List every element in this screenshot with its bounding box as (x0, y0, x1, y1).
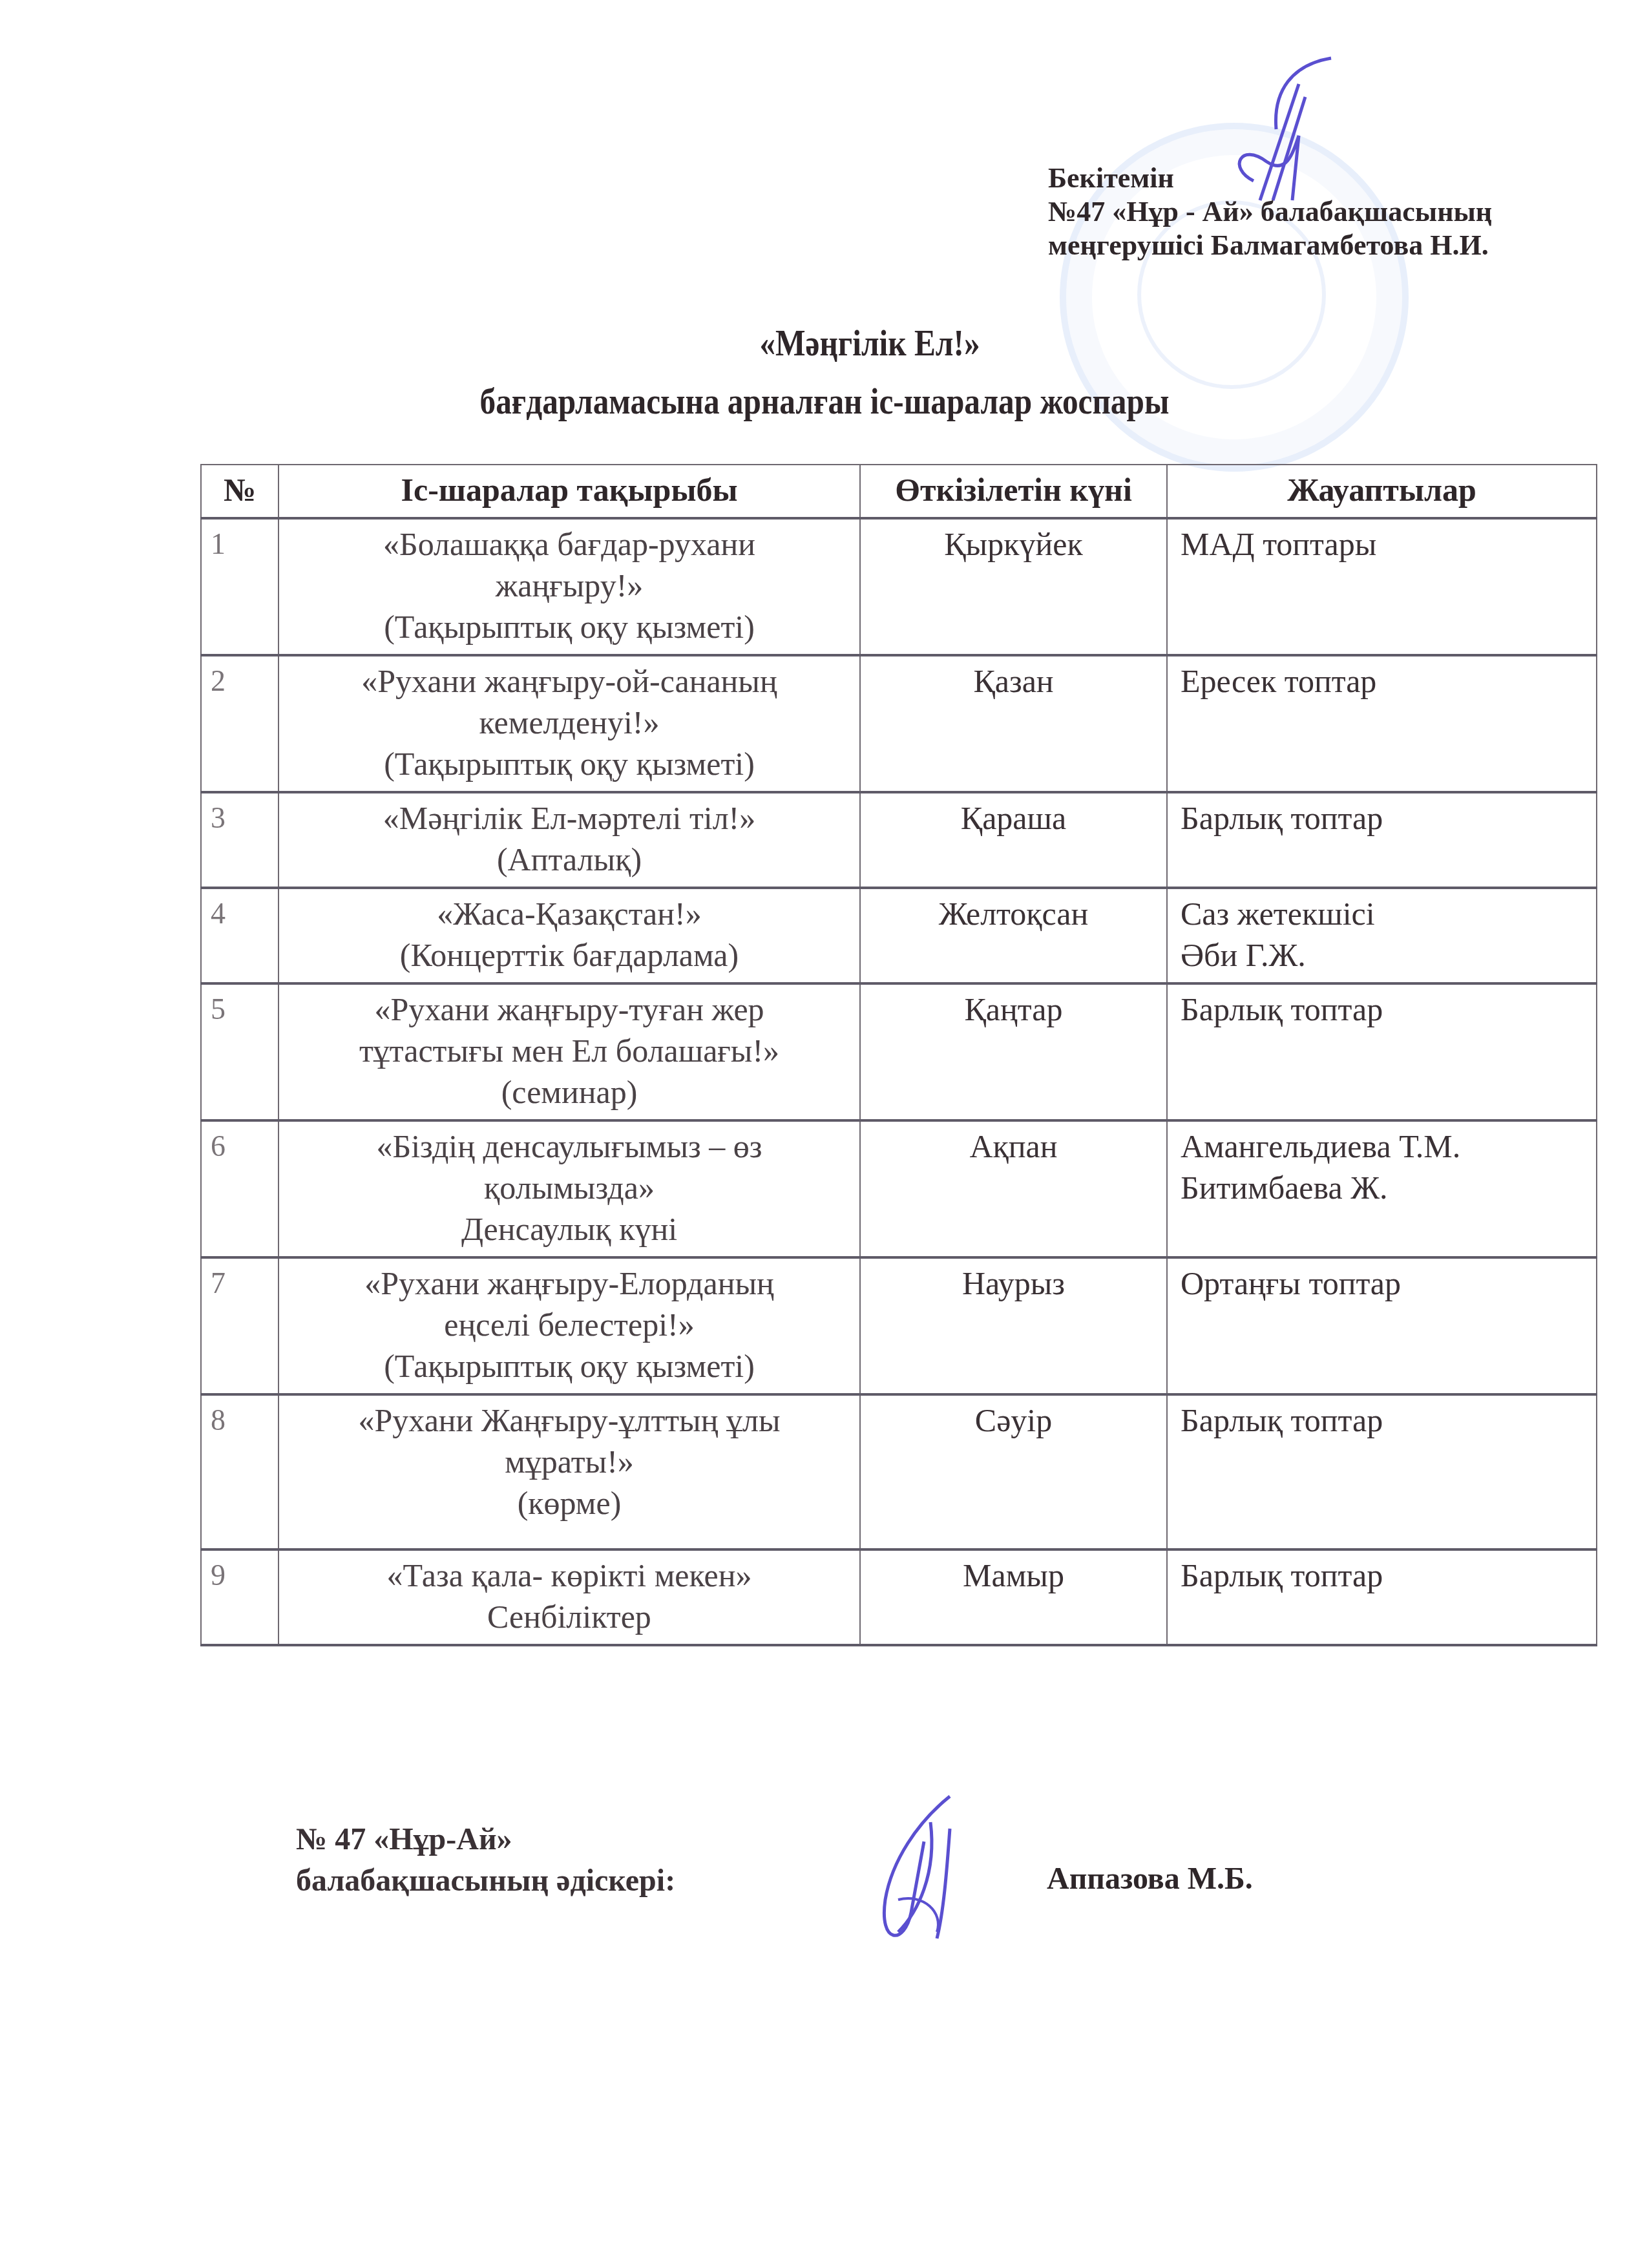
event-date: Қараша (860, 792, 1167, 888)
row-number: 7 (201, 1257, 278, 1394)
table-row: 8«Рухани Жаңғыру-ұлттың ұлымұраты!»(көрм… (201, 1394, 1597, 1549)
row-number: 3 (201, 792, 278, 888)
event-topic-line: «Рухани Жаңғыру-ұлттың ұлы (286, 1400, 853, 1441)
row-number: 6 (201, 1120, 278, 1257)
event-topic-line: (Тақырыптық оқу қызметі) (286, 606, 853, 647)
responsible-line: МАД топтары (1181, 523, 1590, 565)
responsible-line: Саз жетекшісі (1181, 893, 1590, 934)
approval-line-3: меңгерушісі Балмагамбетова Н.И. (1048, 229, 1492, 262)
table-row: 6«Біздің денсаулығымыз – өзқолымызда»Ден… (201, 1120, 1597, 1257)
footer-line-1: № 47 «Нұр-Ай» (296, 1819, 675, 1860)
event-topic-line: (Тақырыптық оқу қызметі) (286, 743, 853, 784)
event-responsible: Барлық топтар (1167, 1549, 1597, 1645)
row-number: 9 (201, 1549, 278, 1645)
event-topic: «Таза қала- көрікті мекен»Сенбіліктер (278, 1549, 860, 1645)
event-topic: «Мәңгілік Ел-мәртелі тіл!»(Апталық) (278, 792, 860, 888)
event-topic-line: (көрме) (286, 1482, 853, 1524)
event-topic-line: «Жаса-Қазақстан!» (286, 893, 853, 934)
event-topic: «Біздің денсаулығымыз – өзқолымызда»Денс… (278, 1120, 860, 1257)
row-number: 4 (201, 888, 278, 983)
table-row: 5«Рухани жаңғыру-туған жертұтастығы мен … (201, 983, 1597, 1120)
event-topic-line: кемелденуі!» (286, 702, 853, 743)
event-topic: «Рухани Жаңғыру-ұлттың ұлымұраты!»(көрме… (278, 1394, 860, 1549)
event-topic: «Болашаққа бағдар-руханижаңғыру!»(Тақыры… (278, 518, 860, 655)
event-responsible: Саз жетекшісіӘби Г.Ж. (1167, 888, 1597, 983)
event-responsible: Амангельдиева Т.М.Битимбаева Ж. (1167, 1120, 1597, 1257)
footer-line-2: балабақшасының әдіскері: (296, 1860, 675, 1902)
event-topic-line: (семинар) (286, 1071, 853, 1113)
event-topic-line: «Мәңгілік Ел-мәртелі тіл!» (286, 797, 853, 839)
event-date: Қыркүйек (860, 518, 1167, 655)
methodist-signature-icon (853, 1783, 982, 1951)
responsible-line: Барлық топтар (1181, 989, 1590, 1030)
event-topic-line: (Концерттік бағдарлама) (286, 934, 853, 976)
event-responsible: Барлық топтар (1167, 1394, 1597, 1549)
event-date: Қазан (860, 655, 1167, 792)
table-row: 7«Рухани жаңғыру-Елорданыңеңселі белесте… (201, 1257, 1597, 1394)
responsible-line: Ересек топтар (1181, 660, 1590, 702)
event-topic: «Рухани жаңғыру-ой-сананыңкемелденуі!»(Т… (278, 655, 860, 792)
responsible-line: Амангельдиева Т.М. (1181, 1126, 1590, 1167)
event-topic-line: (Тақырыптық оқу қызметі) (286, 1345, 853, 1387)
event-topic-line: «Біздің денсаулығымыз – өз (286, 1126, 853, 1167)
event-topic-line: Денсаулық күні (286, 1208, 853, 1250)
event-topic-line: «Рухани жаңғыру-Елорданың (286, 1263, 853, 1304)
header-responsible: Жауаптылар (1167, 465, 1597, 518)
event-date: Желтоқсан (860, 888, 1167, 983)
event-topic-line: (Апталық) (286, 839, 853, 880)
event-topic-line: қолымызда» (286, 1167, 853, 1208)
responsible-line: Барлық топтар (1181, 1555, 1590, 1596)
event-responsible: Барлық топтар (1167, 983, 1597, 1120)
methodist-name: Аппазова М.Б. (1047, 1861, 1253, 1896)
responsible-line: Барлық топтар (1181, 797, 1590, 839)
row-number: 8 (201, 1394, 278, 1549)
header-date: Өткізілетін күні (860, 465, 1167, 518)
event-date: Қаңтар (860, 983, 1167, 1120)
event-topic-line: жаңғыру!» (286, 565, 853, 606)
events-plan-table: № Іс-шаралар тақырыбы Өткізілетін күні Ж… (200, 464, 1597, 1646)
table-row: 2«Рухани жаңғыру-ой-сананыңкемелденуі!»(… (201, 655, 1597, 792)
row-number: 5 (201, 983, 278, 1120)
responsible-line: Ортаңғы топтар (1181, 1263, 1590, 1304)
event-date: Сәуір (860, 1394, 1167, 1549)
event-responsible: МАД топтары (1167, 518, 1597, 655)
event-topic: «Рухани жаңғыру-туған жертұтастығы мен Е… (278, 983, 860, 1120)
table-row: 3«Мәңгілік Ел-мәртелі тіл!»(Апталық)Қара… (201, 792, 1597, 888)
document-title: «Мәңгілік Ел!» (144, 323, 1595, 364)
approval-block: Бекітемін №47 «Нұр - Ай» балабақшасының … (1048, 162, 1492, 262)
document-subtitle: бағдарламасына арналған іс-шаралар жоспа… (99, 381, 1550, 423)
event-topic-line: тұтастығы мен Ел болашағы!» (286, 1030, 853, 1071)
table-row: 4«Жаса-Қазақстан!»(Концерттік бағдарлама… (201, 888, 1597, 983)
approval-line-1: Бекітемін (1048, 162, 1492, 195)
table-row: 1«Болашаққа бағдар-руханижаңғыру!»(Тақыр… (201, 518, 1597, 655)
event-responsible: Ортаңғы топтар (1167, 1257, 1597, 1394)
event-topic-line: «Рухани жаңғыру-ой-сананың (286, 660, 853, 702)
event-date: Наурыз (860, 1257, 1167, 1394)
responsible-line: Әби Г.Ж. (1181, 934, 1590, 976)
table-row: 9«Таза қала- көрікті мекен»СенбіліктерМа… (201, 1549, 1597, 1645)
event-topic-line: еңселі белестері!» (286, 1304, 853, 1345)
header-topic: Іс-шаралар тақырыбы (278, 465, 860, 518)
footer-signatory: № 47 «Нұр-Ай» балабақшасының әдіскері: (296, 1819, 675, 1902)
event-topic-line: мұраты!» (286, 1441, 853, 1482)
event-topic: «Рухани жаңғыру-Елорданыңеңселі белестер… (278, 1257, 860, 1394)
event-topic-line: «Рухани жаңғыру-туған жер (286, 989, 853, 1030)
event-topic-line: Сенбіліктер (286, 1596, 853, 1637)
responsible-line: Барлық топтар (1181, 1400, 1590, 1441)
approval-line-2: №47 «Нұр - Ай» балабақшасының (1048, 195, 1492, 229)
event-responsible: Барлық топтар (1167, 792, 1597, 888)
header-number: № (201, 465, 278, 518)
event-topic: «Жаса-Қазақстан!»(Концерттік бағдарлама) (278, 888, 860, 983)
event-date: Ақпан (860, 1120, 1167, 1257)
row-number: 1 (201, 518, 278, 655)
event-date: Мамыр (860, 1549, 1167, 1645)
table-header-row: № Іс-шаралар тақырыбы Өткізілетін күні Ж… (201, 465, 1597, 518)
event-responsible: Ересек топтар (1167, 655, 1597, 792)
event-topic-line: «Болашаққа бағдар-рухани (286, 523, 853, 565)
responsible-line: Битимбаева Ж. (1181, 1167, 1590, 1208)
row-number: 2 (201, 655, 278, 792)
event-topic-line: «Таза қала- көрікті мекен» (286, 1555, 853, 1596)
